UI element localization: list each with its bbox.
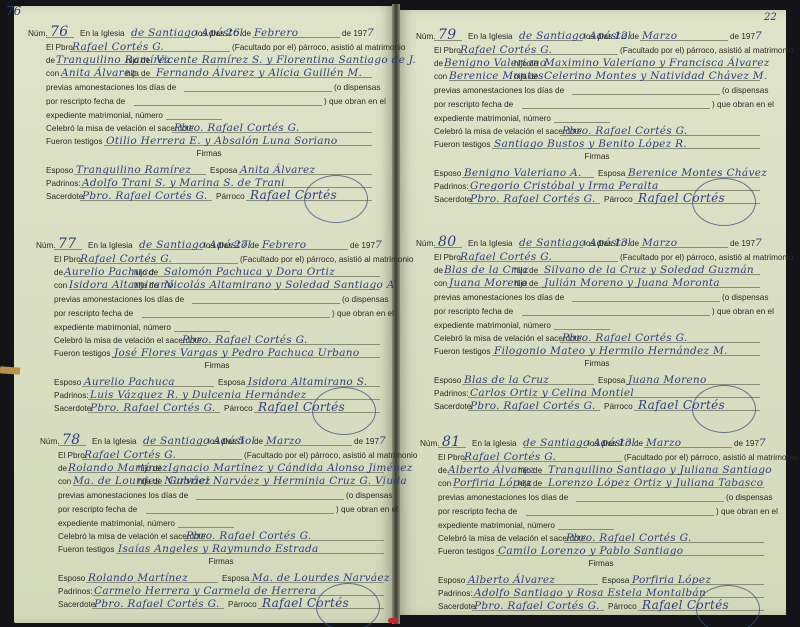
label-previas: previas amonestaciones los días de xyxy=(46,83,176,92)
label-esposo: Esposo xyxy=(434,169,461,178)
label-dias: los días xyxy=(588,439,616,448)
label-esposa: Esposa xyxy=(210,166,237,175)
label-previas: previas amonestaciones los días de xyxy=(434,86,564,95)
label-de: de xyxy=(242,29,251,38)
label-testigos: Fueron testigos xyxy=(46,137,102,146)
groom-signature: Tranquilino Ramírez xyxy=(76,164,191,176)
label-que-obran: ) que obran en el xyxy=(712,100,774,109)
record-number: 76 xyxy=(50,24,68,40)
label-de: de xyxy=(630,32,639,41)
day: 13 xyxy=(614,237,628,249)
label-sacerdote: Sacerdote xyxy=(46,192,83,201)
groom-signature: Alberto Álvarez xyxy=(468,574,555,586)
label-rescripto: por rescripto fecha de xyxy=(58,505,137,514)
groom-parents: Ignacio Martínez y Cándida Alonso Jiméne… xyxy=(168,462,413,474)
year-digit: 7 xyxy=(367,27,374,39)
label-sacerdote: Sacerdote xyxy=(434,195,471,204)
label-que-obran: ) que obran en el xyxy=(324,97,386,106)
label-con: con xyxy=(438,479,451,488)
day: 13 xyxy=(618,437,632,449)
label-dias: los días xyxy=(584,239,612,248)
label-parroco: Párroco xyxy=(608,602,637,611)
label-num: Núm. xyxy=(416,32,436,41)
bride-parents: Fernando Álvarez y Alicia Guillén M. xyxy=(156,67,362,79)
bride-parents: Julián Moreno y Juana Moronta xyxy=(544,277,720,289)
label-sacerdote: Sacerdote xyxy=(58,600,95,609)
groom-parents: Tranquilino Santiago y Juliana Santiago xyxy=(548,464,772,476)
officiating-priest: Rafael Cortés G. xyxy=(84,449,176,461)
label-year: de 197 xyxy=(730,32,755,41)
label-year: de 197 xyxy=(350,241,375,250)
priest-signature: Pbro. Rafael Cortés G. xyxy=(470,400,596,412)
velacion-priest: Pbro. Rafael Cortés G. xyxy=(174,122,300,134)
label-expediente: expediente matrimonial, número xyxy=(434,321,551,330)
label-hija-de: hija de xyxy=(514,72,538,81)
bride-signature: Juana Moreno xyxy=(628,374,707,386)
label-previas: previas amonestaciones los días de xyxy=(434,293,564,302)
witnesses: Santiago Bustos y Benito López R. xyxy=(494,138,687,150)
priest-signature: Pbro. Rafael Cortés G. xyxy=(90,402,216,414)
label-testigos: Fueron testigos xyxy=(438,547,494,556)
witnesses: José Flores Vargas y Pedro Pachuca Urban… xyxy=(114,347,359,359)
groom-parents: Silvano de la Cruz y Soledad Guzmán xyxy=(544,264,754,276)
label-num: Núm. xyxy=(416,239,436,248)
label-de-groom: de xyxy=(434,59,443,68)
label-padrinos: Padrinos: xyxy=(58,587,93,596)
label-esposo: Esposo xyxy=(438,576,465,585)
bride-parents: Gabriel Narváez y Herminia Cruz G. Viuda xyxy=(168,475,407,487)
label-year: de 197 xyxy=(734,439,759,448)
label-firmas: Firmas xyxy=(208,557,233,566)
left-folio-number: 76 xyxy=(6,4,21,18)
record-number: 78 xyxy=(62,432,80,448)
parish-seal-stamp xyxy=(312,387,376,435)
parish-seal-stamp xyxy=(692,385,756,433)
label-hija-de: hija de xyxy=(138,477,162,486)
year-digit: 7 xyxy=(755,30,762,42)
label-num: Núm. xyxy=(420,439,440,448)
label-firmas: Firmas xyxy=(584,359,609,368)
label-parroco: Párroco xyxy=(604,195,633,204)
month: Marzo xyxy=(646,437,681,449)
label-que-obran: ) que obran en el xyxy=(716,507,778,516)
officiating-priest: Rafael Cortés G. xyxy=(72,41,164,53)
officiating-priest: Rafael Cortés G. xyxy=(460,44,552,56)
label-hija-de: hija de xyxy=(126,69,150,78)
right-folio-number: 22 xyxy=(764,12,777,23)
label-hija-de: hija de xyxy=(514,279,538,288)
label-padrinos: Padrinos: xyxy=(434,182,469,191)
label-facultado: (Facultado por el) párroco, asistió al m… xyxy=(240,255,413,264)
label-con: con xyxy=(58,477,71,486)
label-year: de 197 xyxy=(342,29,367,38)
label-dispensas: (o dispensas xyxy=(334,83,380,92)
label-dispensas: (o dispensas xyxy=(722,86,768,95)
officiating-priest: Rafael Cortés G. xyxy=(460,251,552,263)
label-expediente: expediente matrimonial, número xyxy=(438,521,555,530)
witnesses: Otilio Herrera E. y Absalón Luna Soriano xyxy=(106,135,337,147)
groom-parents: Vicente Ramírez S. y Florentina Santiago… xyxy=(156,54,416,66)
label-hijo-de: hijo de xyxy=(518,466,542,475)
label-hijo-de: hijo de xyxy=(514,266,538,275)
month: Marzo xyxy=(642,237,677,249)
officiating-priest: Rafael Cortés G. xyxy=(80,253,172,265)
parish-seal-stamp xyxy=(696,585,760,627)
label-dispensas: (o dispensas xyxy=(346,491,392,500)
record-number: 79 xyxy=(438,27,456,43)
velacion-priest: Pbro. Rafael Cortés G. xyxy=(186,530,312,542)
witnesses: Filogonio Mateo y Hermilo Hernández M. xyxy=(494,345,728,357)
year-digit: 7 xyxy=(375,239,382,251)
day: 5 xyxy=(238,435,245,447)
bride-signature: Porfiria López xyxy=(632,574,711,586)
year-digit: 7 xyxy=(379,435,386,447)
velacion-priest: Pbro. Rafael Cortés G. xyxy=(562,332,688,344)
day: 12 xyxy=(614,30,628,42)
label-de: de xyxy=(254,437,263,446)
label-firmas: Firmas xyxy=(204,361,229,370)
label-de-groom: de xyxy=(46,56,55,65)
label-previas: previas amonestaciones los días de xyxy=(58,491,188,500)
label-facultado: (Facultado por el) párroco, asistió al m… xyxy=(620,46,793,55)
label-esposo: Esposo xyxy=(54,378,81,387)
year-digit: 7 xyxy=(759,437,766,449)
label-hija-de: hija de xyxy=(518,479,542,488)
label-parroco: Párroco xyxy=(228,600,257,609)
groom-parents: Salomón Pachuca y Dora Ortiz xyxy=(164,266,335,278)
label-rescripto: por rescripto fecha de xyxy=(46,97,125,106)
month: Febrero xyxy=(254,27,298,39)
label-iglesia: En la Iglesia xyxy=(88,241,133,250)
label-con: con xyxy=(46,69,59,78)
label-dias: los días xyxy=(584,32,612,41)
label-num: Núm. xyxy=(40,437,60,446)
label-facultado: (Facultado por el) párroco, asistió al m… xyxy=(620,253,793,262)
bride-signature: Ma. de Lourdes Narváez xyxy=(252,572,390,584)
label-sacerdote: Sacerdote xyxy=(438,602,475,611)
label-esposa: Esposa xyxy=(598,169,625,178)
label-esposo: Esposo xyxy=(58,574,85,583)
label-de: de xyxy=(630,239,639,248)
label-iglesia: En la Iglesia xyxy=(472,439,517,448)
velacion-priest: Pbro. Rafael Cortés G. xyxy=(182,334,308,346)
month: Marzo xyxy=(266,435,301,447)
label-hijo-de: hijo de xyxy=(514,59,538,68)
label-esposa: Esposa xyxy=(602,576,629,585)
label-rescripto: por rescripto fecha de xyxy=(434,100,513,109)
label-dispensas: (o dispensas xyxy=(342,295,388,304)
label-rescripto: por rescripto fecha de xyxy=(434,307,513,316)
priest-signature: Pbro. Rafael Cortés G. xyxy=(94,598,220,610)
label-sacerdote: Sacerdote xyxy=(434,402,471,411)
label-firmas: Firmas xyxy=(196,149,221,158)
label-iglesia: En la Iglesia xyxy=(80,29,125,38)
label-testigos: Fueron testigos xyxy=(58,545,114,554)
day: 26 xyxy=(226,27,240,39)
year-digit: 7 xyxy=(755,237,762,249)
label-expediente: expediente matrimonial, número xyxy=(58,519,175,528)
label-con: con xyxy=(434,72,447,81)
label-hijo-de: hijo de xyxy=(134,268,158,277)
label-dispensas: (o dispensas xyxy=(726,493,772,502)
label-que-obran: ) que obran en el xyxy=(712,307,774,316)
priest-signature: Pbro. Rafael Cortés G. xyxy=(82,190,208,202)
groom-parents: Maximino Valeriano y Francisca Álvarez xyxy=(544,57,770,69)
label-firmas: Firmas xyxy=(588,559,613,568)
label-num: Núm. xyxy=(28,29,48,38)
label-hija-de: hija de xyxy=(134,281,158,290)
label-year: de 197 xyxy=(730,239,755,248)
label-facultado: (Facultado por el) párroco, asistió al m… xyxy=(232,43,405,52)
witnesses: Camilo Lorenzo y Pablo Santiago xyxy=(498,545,683,557)
godparents: Carlos Ortiz y Celina Montiel xyxy=(470,387,634,399)
label-dispensas: (o dispensas xyxy=(722,293,768,302)
label-esposa: Esposa xyxy=(218,378,245,387)
bride-parents: Nicolás Altamirano y Soledad Santiago A. xyxy=(164,279,398,291)
label-de-groom: de xyxy=(434,266,443,275)
label-que-obran: ) que obran en el xyxy=(336,505,398,514)
label-con: con xyxy=(54,281,67,290)
label-padrinos: Padrinos: xyxy=(434,389,469,398)
label-rescripto: por rescripto fecha de xyxy=(54,309,133,318)
label-rescripto: por rescripto fecha de xyxy=(438,507,517,516)
month: Febrero xyxy=(262,239,306,251)
label-parroco: Párroco xyxy=(224,404,253,413)
label-dias: los días xyxy=(204,241,232,250)
velacion-priest: Pbro. Rafael Cortés G. xyxy=(562,125,688,137)
priest-signature: Pbro. Rafael Cortés G. xyxy=(474,600,600,612)
parish-seal-stamp xyxy=(304,175,368,223)
label-iglesia: En la Iglesia xyxy=(468,32,513,41)
bride-signature: Isidora Altamirano S. xyxy=(248,376,367,388)
day: 27 xyxy=(234,239,248,251)
label-facultado: (Facultado por el) párroco, asistió al m… xyxy=(624,453,797,462)
priest-signature: Pbro. Rafael Cortés G. xyxy=(470,193,596,205)
label-esposa: Esposa xyxy=(222,574,249,583)
label-de-groom: de xyxy=(58,464,67,473)
label-previas: previas amonestaciones los días de xyxy=(438,493,568,502)
record-number: 80 xyxy=(438,234,456,250)
bride-parents: Lorenzo López Ortiz y Juliana Tabasco xyxy=(548,477,763,489)
groom-signature: Aurelio Pachuca xyxy=(84,376,175,388)
label-que-obran: ) que obran en el xyxy=(332,309,394,318)
groom-signature: Benigno Valeriano A. xyxy=(464,167,582,179)
label-padrinos: Padrinos: xyxy=(438,589,473,598)
parish-seal-stamp xyxy=(316,583,380,627)
groom-signature: Rolando Martínez xyxy=(88,572,188,584)
velacion-priest: Pbro. Rafael Cortés G. xyxy=(566,532,692,544)
label-parroco: Párroco xyxy=(604,402,633,411)
parish-seal-stamp xyxy=(692,178,756,226)
witnesses: Isaías Angeles y Raymundo Estrada xyxy=(118,543,319,555)
label-padrinos: Padrinos: xyxy=(46,179,81,188)
label-iglesia: En la Iglesia xyxy=(92,437,137,446)
label-previas: previas amonestaciones los días de xyxy=(54,295,184,304)
label-de: de xyxy=(250,241,259,250)
month: Marzo xyxy=(642,30,677,42)
officiating-priest: Rafael Cortés G. xyxy=(464,451,556,463)
godparents: Gregorio Cristóbal y Irma Peralta xyxy=(470,180,659,192)
groom-name: Tranquilino Ramírez xyxy=(56,54,171,66)
bride-signature: Anita Álvarez xyxy=(240,164,315,176)
label-de-groom: de xyxy=(54,268,63,277)
label-dias: los días xyxy=(196,29,224,38)
label-testigos: Fueron testigos xyxy=(434,140,490,149)
label-expediente: expediente matrimonial, número xyxy=(54,323,171,332)
label-padrinos: Padrinos: xyxy=(54,391,89,400)
label-esposa: Esposa xyxy=(598,376,625,385)
label-dias: los días xyxy=(208,437,236,446)
label-testigos: Fueron testigos xyxy=(54,349,110,358)
groom-signature: Blas de la Cruz xyxy=(464,374,549,386)
label-de: de xyxy=(634,439,643,448)
bride-parents: Celerino Montes y Natividad Chávez M. xyxy=(544,70,768,82)
label-iglesia: En la Iglesia xyxy=(468,239,513,248)
record-number: 81 xyxy=(442,434,460,450)
label-parroco: Párroco xyxy=(216,192,245,201)
label-de-groom: de xyxy=(438,466,447,475)
label-expediente: expediente matrimonial, número xyxy=(434,114,551,123)
record-number: 77 xyxy=(58,236,76,252)
label-esposo: Esposo xyxy=(434,376,461,385)
label-facultado: (Facultado por el) párroco, asistió al m… xyxy=(244,451,417,460)
label-testigos: Fueron testigos xyxy=(434,347,490,356)
bride-signature: Berenice Montes Chávez xyxy=(628,167,767,179)
label-firmas: Firmas xyxy=(584,152,609,161)
bookmark-ribbon xyxy=(0,366,20,374)
label-expediente: expediente matrimonial, número xyxy=(46,111,163,120)
label-num: Núm. xyxy=(36,241,56,250)
label-sacerdote: Sacerdote xyxy=(54,404,91,413)
label-hijo-de: hijo de xyxy=(126,56,150,65)
label-esposo: Esposo xyxy=(46,166,73,175)
red-mark xyxy=(388,618,398,623)
label-hijo-de: hijo de xyxy=(138,464,162,473)
label-con: con xyxy=(434,279,447,288)
label-year: de 197 xyxy=(354,437,379,446)
bride-name: Isidora Altamirano xyxy=(69,279,174,291)
